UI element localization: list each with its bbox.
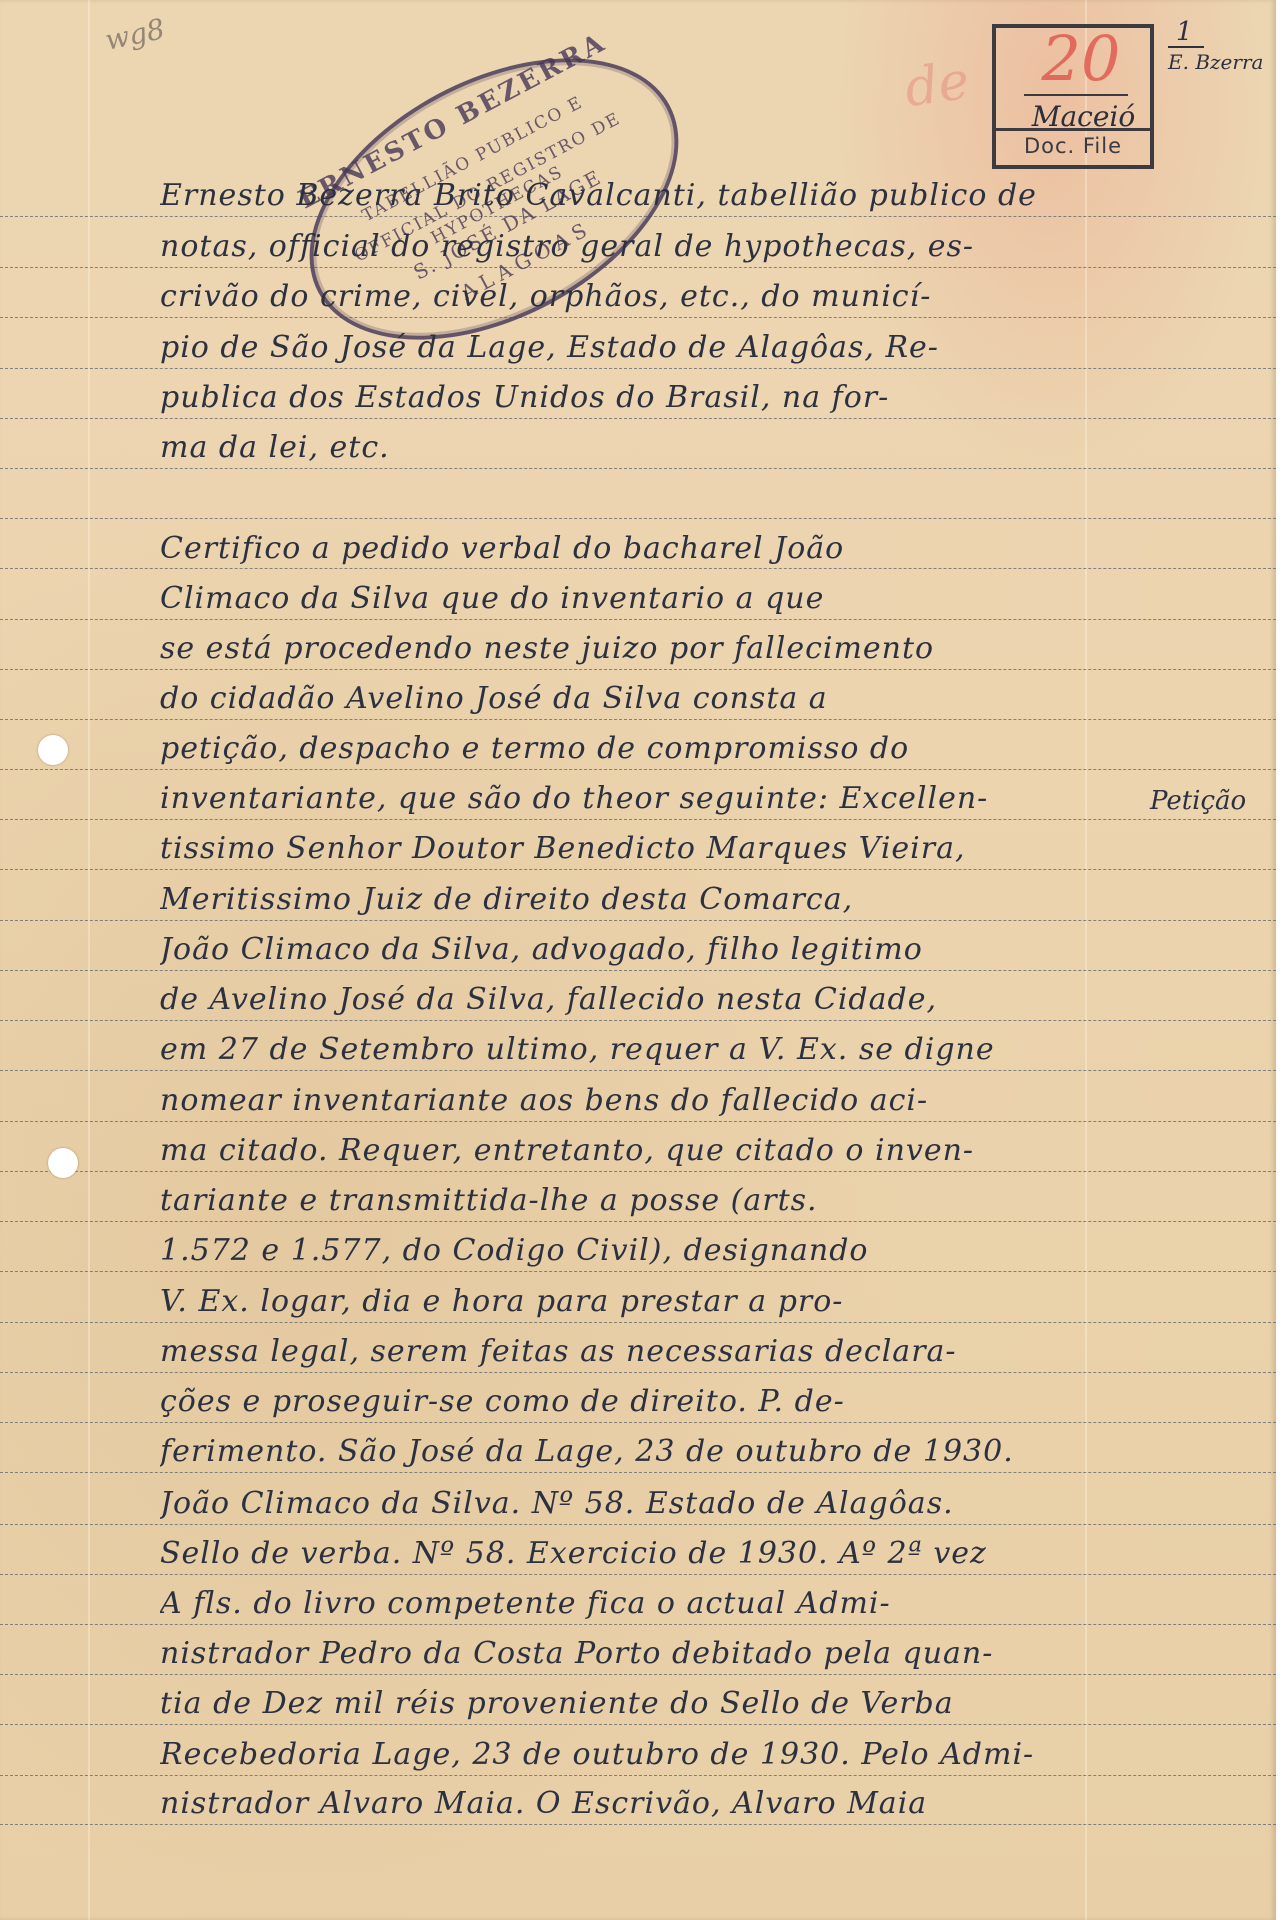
handwritten-line: pio de São José da Lage, Estado de Alagô… (160, 328, 1150, 368)
ruled-line (0, 1121, 1276, 1122)
ruled-line (0, 1322, 1276, 1323)
handwritten-line: crivão do crime, civel, orphãos, etc., d… (160, 277, 1150, 317)
signature-line (1024, 94, 1128, 96)
red-ink-smudge: de (901, 51, 973, 119)
handwritten-line: Sello de verba. Nº 58. Exercicio de 1930… (160, 1534, 1150, 1574)
ruled-line (0, 1524, 1276, 1525)
ruled-line (0, 418, 1276, 419)
ruled-line (0, 1372, 1276, 1373)
folio-initials: E. Bzerra (1168, 50, 1278, 74)
handwritten-line: nomear inventariante aos bens do falleci… (160, 1081, 1150, 1121)
document-page: wg8 de 20 Maceió Doc. File 1 E. Bzerra E… (0, 0, 1276, 1920)
doc-file-stamp: 20 Maceió Doc. File (992, 24, 1154, 169)
stamp-label: Doc. File (996, 134, 1150, 158)
handwritten-line: ções e proseguir-se como de direito. P. … (160, 1382, 1150, 1422)
ruled-line (0, 869, 1276, 870)
ruled-line (0, 317, 1276, 318)
handwritten-line: ma da lei, etc. (160, 428, 1150, 468)
handwritten-line: se está procedendo neste juizo por falle… (160, 629, 1150, 669)
handwritten-line: ma citado. Requer, entretanto, que citad… (160, 1131, 1150, 1171)
red-folio-number: 20 (1026, 22, 1136, 95)
ruled-line (0, 819, 1276, 820)
handwritten-line: tia de Dez mil réis proveniente do Sello… (160, 1684, 1150, 1724)
handwritten-line: ferimento. São José da Lage, 23 de outub… (160, 1432, 1150, 1472)
ruled-line (0, 1020, 1276, 1021)
handwritten-line: nistrador Alvaro Maia. O Escrivão, Alvar… (160, 1784, 1150, 1824)
ruled-line (0, 1422, 1276, 1423)
ruled-line (0, 1271, 1276, 1272)
paper-fold (88, 0, 90, 1920)
ruled-line (0, 669, 1276, 670)
ruled-line (0, 1775, 1276, 1776)
handwritten-line: tariante e transmittida-lhe a posse (art… (160, 1181, 1150, 1221)
ruled-line (0, 619, 1276, 620)
handwritten-line: Certifico a pedido verbal do bacharel Jo… (160, 529, 1150, 569)
ruled-line (0, 1624, 1276, 1625)
ruled-line (0, 1171, 1276, 1172)
ruled-line (0, 468, 1276, 469)
ruled-line (0, 719, 1276, 720)
ruled-line (0, 1724, 1276, 1725)
ruled-line (0, 1824, 1276, 1825)
ruled-line (0, 1574, 1276, 1575)
ruled-line (0, 920, 1276, 921)
ruled-line (0, 267, 1276, 268)
handwritten-line: publica dos Estados Unidos do Brasil, na… (160, 378, 1150, 418)
ruled-line (0, 970, 1276, 971)
ruled-line (0, 769, 1276, 770)
handwritten-line: Recebedoria Lage, 23 de outubro de 1930.… (160, 1735, 1150, 1775)
ruled-line (0, 1221, 1276, 1222)
margin-note-peticao: Petição (1150, 786, 1246, 816)
punch-hole (48, 1148, 78, 1178)
handwritten-line: do cidadão Avelino José da Silva consta … (160, 679, 1150, 719)
punch-hole (38, 735, 68, 765)
handwritten-line: A fls. do livro competente fica o actual… (160, 1584, 1150, 1624)
handwritten-line: de Avelino José da Silva, fallecido nest… (160, 980, 1150, 1020)
handwritten-line: João Climaco da Silva, advogado, filho l… (160, 930, 1150, 970)
handwritten-line: 1.572 e 1.577, do Codigo Civil), designa… (160, 1231, 1150, 1271)
folio-number: 1 (1168, 18, 1204, 48)
ruled-line (0, 1674, 1276, 1675)
ruled-line (0, 368, 1276, 369)
pencil-annotation: wg8 (102, 12, 167, 57)
handwritten-line: em 27 de Setembro ultimo, requer a V. Ex… (160, 1030, 1150, 1070)
handwritten-line: messa legal, serem feitas as necessarias… (160, 1332, 1150, 1372)
handwritten-line: Climaco da Silva que do inventario a que (160, 579, 1150, 619)
ruled-line (0, 518, 1276, 519)
handwritten-line: Meritissimo Juiz de direito desta Comarc… (160, 880, 1150, 920)
handwritten-line: inventariante, que são do theor seguinte… (160, 779, 1150, 819)
handwritten-line: notas, official do registro geral de hyp… (160, 227, 1150, 267)
ruled-line (0, 1070, 1276, 1071)
handwritten-line: João Climaco da Silva. Nº 58. Estado de … (160, 1484, 1150, 1524)
handwritten-line: tissimo Senhor Doutor Benedicto Marques … (160, 829, 1150, 869)
handwritten-line: Ernesto Bezerra Brito Cavalcanti, tabell… (160, 176, 1150, 216)
handwritten-line: V. Ex. logar, dia e hora para prestar a … (160, 1282, 1150, 1322)
handwritten-line: petição, despacho e termo de compromisso… (160, 729, 1150, 769)
folio-annotation: 1 E. Bzerra (1168, 18, 1278, 74)
stamp-divider (996, 128, 1150, 131)
ruled-line (0, 1472, 1276, 1473)
handwritten-line: nistrador Pedro da Costa Porto debitado … (160, 1634, 1150, 1674)
